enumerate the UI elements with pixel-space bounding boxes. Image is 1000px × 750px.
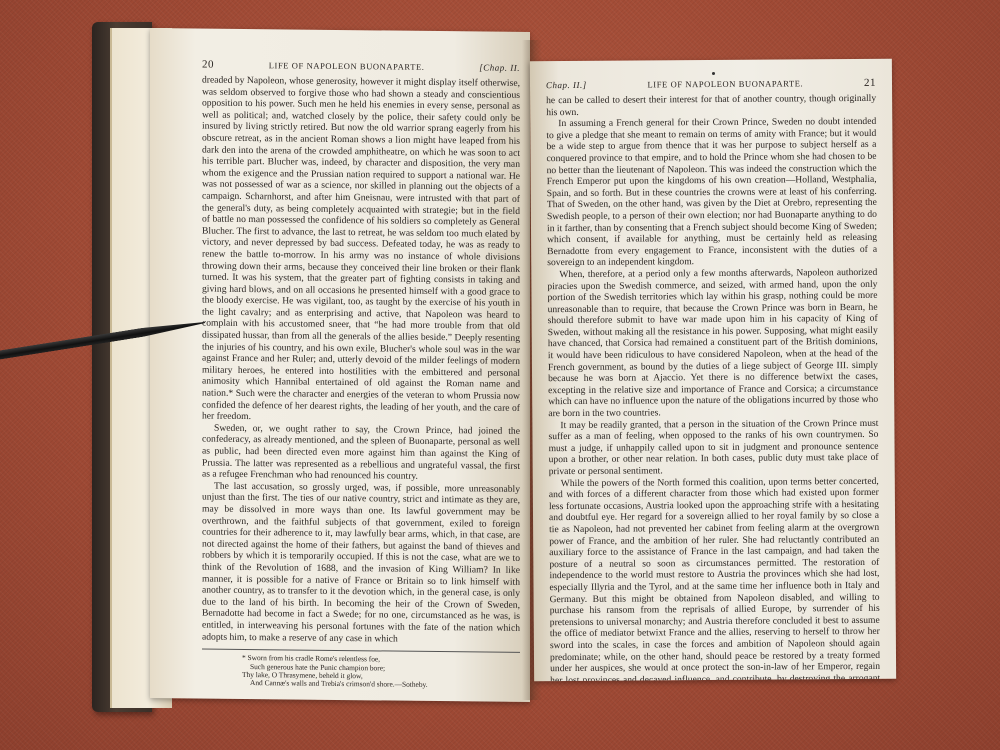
- footnote-line: And Cannæ's walls and Trebia's crimson'd…: [242, 679, 520, 690]
- left-running-title: LIFE OF NAPOLEON BUONAPARTE.: [269, 60, 425, 72]
- right-folio: 21: [864, 77, 876, 89]
- left-page: 20 LIFE OF NAPOLEON BUONAPARTE. [Chap. I…: [150, 28, 530, 702]
- right-chapter-mark: Chap. II.]: [546, 80, 587, 90]
- paragraph: When, therefore, at a period only a few …: [547, 267, 878, 420]
- paragraph: While the powers of the North formed thi…: [549, 475, 881, 681]
- paragraph: The last accusation, so grossly urged, w…: [202, 480, 520, 646]
- paragraph: It may be readily granted, that a person…: [548, 417, 878, 477]
- footnote: * Sworn from his cradle Rome's relentles…: [242, 654, 520, 691]
- right-running-title: LIFE OF NAPOLEON BUONAPARTE.: [647, 78, 803, 89]
- left-chapter-mark: [Chap. II.: [479, 62, 520, 72]
- left-folio: 20: [202, 59, 214, 71]
- right-body-text: he can be called to desert their interes…: [546, 93, 880, 681]
- paragraph: In assuming a French general for their C…: [546, 116, 877, 269]
- paragraph: Sweden, or, we ought rather to say, the …: [202, 422, 520, 483]
- right-page: Chap. II.] LIFE OF NAPOLEON BUONAPARTE. …: [530, 59, 896, 682]
- paragraph: dreaded by Napoleon, whose generosity, h…: [202, 75, 520, 426]
- right-running-head: Chap. II.] LIFE OF NAPOLEON BUONAPARTE. …: [546, 77, 876, 91]
- paragraph: he can be called to desert their interes…: [546, 93, 876, 118]
- left-body-text: dreaded by Napoleon, whose generosity, h…: [202, 75, 520, 646]
- left-running-head: 20 LIFE OF NAPOLEON BUONAPARTE. [Chap. I…: [202, 59, 520, 74]
- center-dot: [712, 72, 715, 75]
